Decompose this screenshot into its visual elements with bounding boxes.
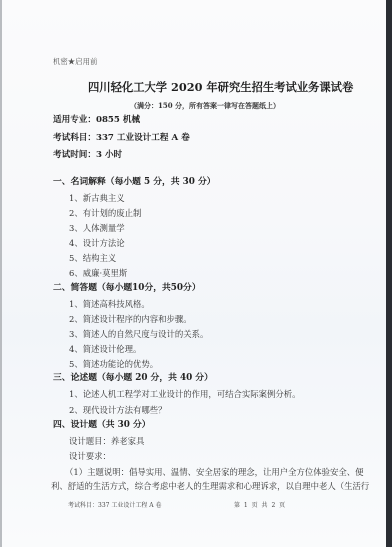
design-topic: 设计题目：养老家具: [69, 436, 144, 447]
section-heading-4: 四、设计题（共 30 分）: [53, 420, 151, 431]
list-item: 2、有计划的废止制: [69, 208, 141, 219]
design-requirements-label: 设计要求：: [69, 451, 111, 462]
list-item: 1、简述高科技风格。: [69, 299, 150, 310]
confidential-mark: 机密★启用前: [53, 56, 97, 67]
list-item: 3、简述人的自然尺度与设计的关系。: [69, 329, 208, 340]
list-item: 5、结构主义: [69, 253, 116, 264]
meta-major: 适用专业：0855 机械: [53, 115, 140, 126]
section-heading-2: 二、简答题（每小题10分，共50分）: [53, 283, 201, 294]
footer-subject: 考试科目：337 工业设计工程 A 卷: [68, 500, 162, 511]
list-item: 4、简述设计伦理。: [69, 344, 141, 355]
meta-subject: 考试科目：337 工业设计工程 A 卷: [53, 133, 190, 144]
section-heading-1: 一、名词解释（每小题 5 分，共 30 分）: [53, 177, 216, 188]
list-item: 1、新古典主义: [69, 193, 125, 204]
meta-duration: 考试时间：3 小时: [53, 150, 122, 161]
footer-page-number: 第 1 页 共 2 页: [234, 500, 285, 511]
exam-title: 四川轻化工大学 2020 年研究生招生考试业务课试卷: [88, 82, 353, 93]
exam-subtitle: （满分：150 分，所有答案一律写在答题纸上）: [130, 100, 280, 111]
exam-page: 机密★启用前 四川轻化工大学 2020 年研究生招生考试业务课试卷 （满分：15…: [2, 0, 386, 547]
section-heading-3: 三、论述题（每小题 20 分，共 40 分）: [53, 373, 213, 384]
list-item: 3、人体测量学: [69, 223, 125, 234]
scan-right-edge: [386, 0, 392, 547]
list-item: 4、设计方法论: [69, 238, 125, 249]
paragraph-line: （1）主题说明：倡导实用、温情、安全居家的理念，让用户全方位体验安全、便: [65, 467, 363, 478]
list-item: 1、论述人机工程学对工业设计的作用，可结合实际案例分析。: [69, 389, 300, 400]
list-item: 2、简述设计程序的内容和步骤。: [69, 314, 192, 325]
paragraph-line: 利、舒适的生活方式，综合考虑中老人的生理需求和心理诉求，以自理中老人（生活行: [51, 481, 369, 492]
list-item: 6、威廉·莫里斯: [69, 268, 127, 279]
list-item: 2、现代设计方法有哪些？: [69, 405, 166, 416]
list-item: 5、简述功能论的优势。: [69, 359, 158, 370]
